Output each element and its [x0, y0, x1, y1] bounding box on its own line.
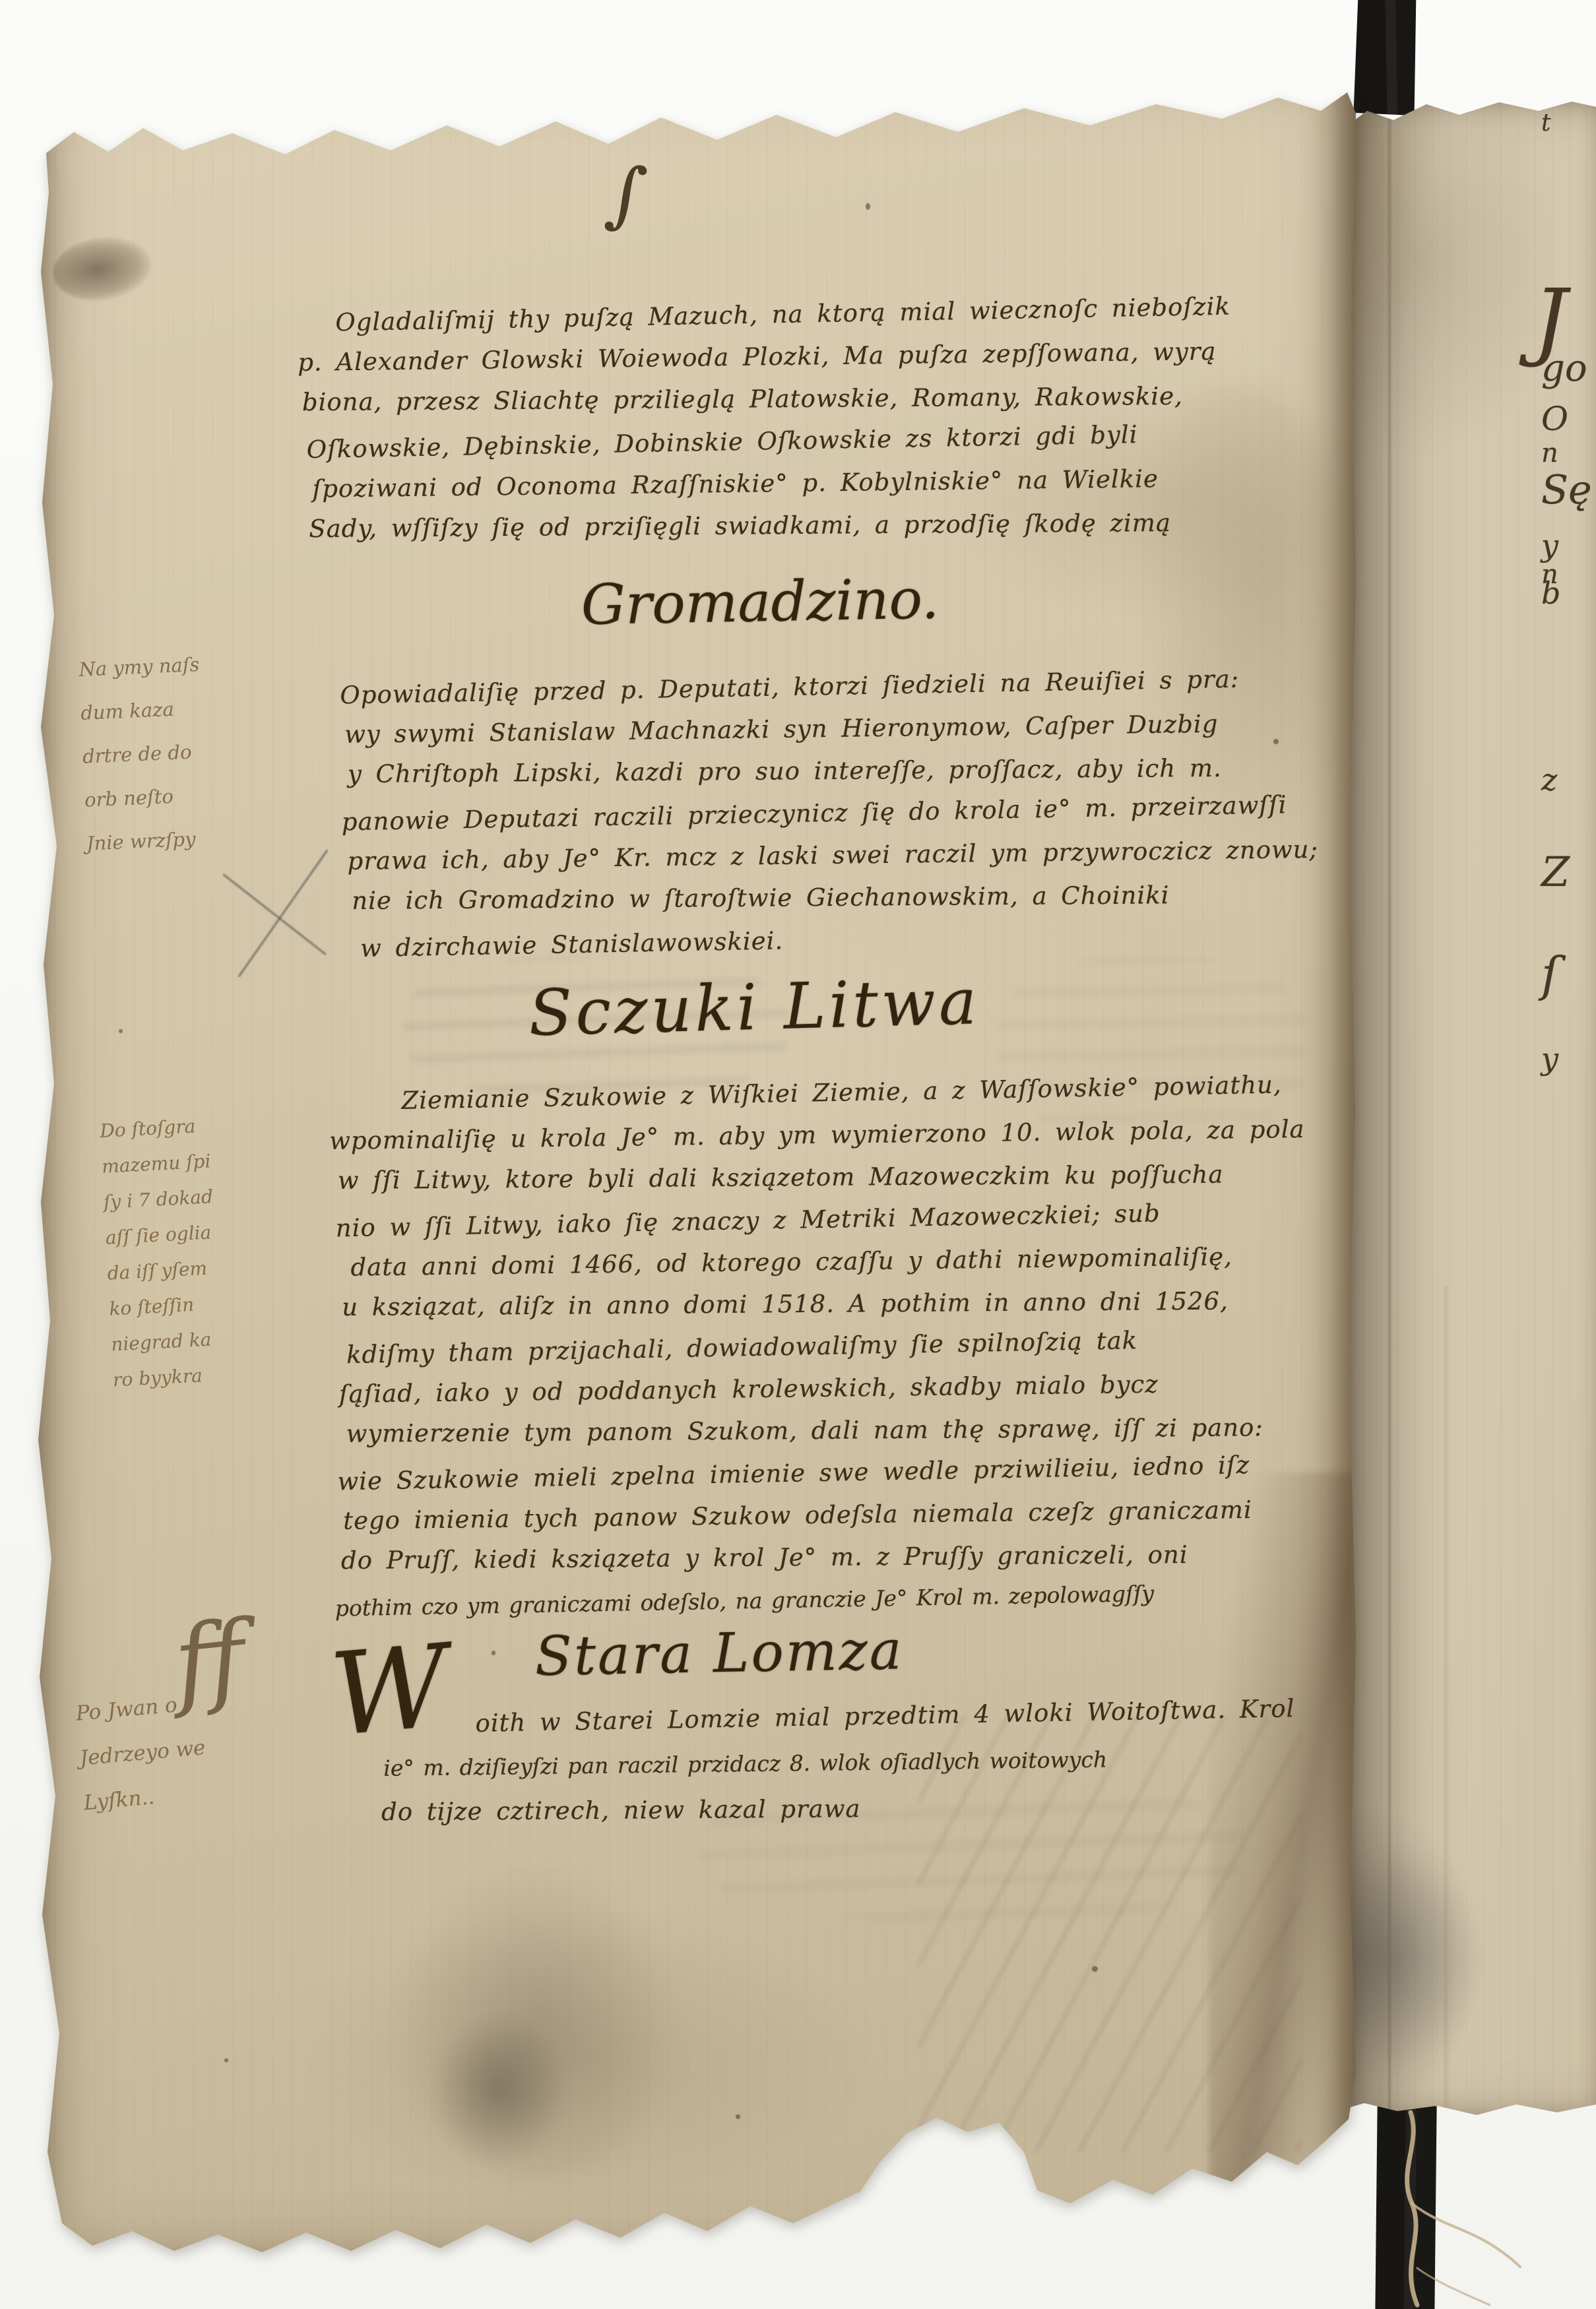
- handwriting-fragment: z: [1541, 762, 1557, 798]
- margin-note-line: aſſ ſie oglia: [104, 1215, 216, 1256]
- handwriting-fragment: ſ: [1541, 947, 1559, 1002]
- handwriting-fragment: t: [1541, 110, 1550, 137]
- margin-note-line: Do ſtoſgra: [99, 1108, 210, 1149]
- paper-surface: ∫ Ogladaliſmij thy puſzą Mazuch, na ktor…: [34, 54, 1356, 2284]
- section-heading-sczuki-litwa: Sczuki Litwa: [528, 965, 980, 1050]
- paragraph-sczuki-litwa: Ziemianie Szukowie z Wiſkiei Ziemie, a z…: [329, 1066, 1311, 1627]
- handwriting-fragment: y: [1541, 1041, 1558, 1077]
- manuscript-page: ∫ Ogladaliſmij thy puſzą Mazuch, na ktor…: [34, 54, 1356, 2284]
- margin-note-line: mazemu ſpi: [101, 1143, 212, 1185]
- paragraph-gromadzino: Opowiadaliſię przed p. Deputati, ktorzi …: [340, 660, 1320, 967]
- margin-note-line: ro byykra: [112, 1357, 224, 1399]
- ink-speck: [119, 1029, 123, 1033]
- ink-speck: [736, 2114, 740, 2119]
- opening-pen-mark: ∫: [602, 150, 651, 239]
- margin-note-line: da iſſ yſem: [106, 1250, 218, 1292]
- ink-speck: [224, 2058, 228, 2062]
- pencil-cross-mark: [222, 873, 327, 955]
- paragraph-oglądaliśmy: Ogladaliſmij thy puſzą Mazuch, na ktorą …: [297, 288, 1233, 553]
- margin-note: Po Jwan o Jedrzeyo we Lyſkn..: [74, 1680, 211, 1825]
- smudge-stain: [391, 1862, 681, 2178]
- handwriting-fragment: O: [1541, 400, 1568, 438]
- handwriting-fragment: Z: [1541, 848, 1570, 896]
- fold-crease: [1445, 1286, 1447, 2118]
- margin-note: Na ymy naſs dum kaza drtre de do orb neſ…: [78, 643, 208, 866]
- smudge-stain: [1346, 1847, 1484, 2072]
- margin-note-line: Jnie wrzſpy: [86, 817, 208, 866]
- section-heading-stara-lomza: Stara Lomza: [534, 1619, 904, 1688]
- margin-note-line: ko ſteſſin: [108, 1286, 220, 1327]
- margin-note-line: niegrad ka: [110, 1321, 222, 1363]
- handwriting-fragment: Sę: [1541, 467, 1592, 513]
- margin-note-line: Na ymy naſs: [78, 643, 201, 691]
- margin-note-line: ſy i 7 dokad: [103, 1179, 214, 1220]
- fold-crease: [1388, 99, 1391, 2119]
- handwriting-fragment: b: [1541, 575, 1560, 611]
- margin-note: Do ſtoſgra mazemu ſpi ſy i 7 dokad aſſ ſ…: [99, 1108, 223, 1398]
- binding-ribbon-top: [1351, 0, 1418, 117]
- binding-thread: [1391, 2110, 1529, 2309]
- dark-stain: [430, 2013, 569, 2165]
- manuscript-line: do tijze cztirech, niew kazal prawa: [381, 1783, 1296, 1835]
- ink-speck: [866, 203, 870, 210]
- ink-speck: [1092, 1966, 1098, 1972]
- handwriting-fragment: n: [1541, 438, 1558, 468]
- margin-note-line: dum kaza: [80, 686, 203, 735]
- manuscript-scan-canvas: { "colors": { "paper": "#d0c2a5", "ink":…: [0, 0, 1596, 2309]
- paragraph-stara-lomza: oith w Starei Lomzie mial przedtim 4 wlo…: [369, 1688, 1296, 1838]
- handwriting-fragment: y: [1541, 528, 1558, 563]
- handwriting-fragment: go: [1541, 347, 1587, 390]
- margin-note-line: orb neſto: [84, 773, 207, 822]
- ink-speck: [492, 1651, 495, 1655]
- pencil-cross-mark: [238, 849, 329, 978]
- section-heading-gromadzino: Gromadzino.: [581, 567, 940, 637]
- margin-note-line: drtre de do: [82, 730, 205, 778]
- ink-smudge-stain: [49, 231, 156, 307]
- manuscript-line: Sady, wſſiſzy ſię od prziſięgli swiadkam…: [309, 501, 1233, 550]
- facing-page-edge: t J go O n Sę y n b z Z ſ y: [1346, 99, 1596, 2119]
